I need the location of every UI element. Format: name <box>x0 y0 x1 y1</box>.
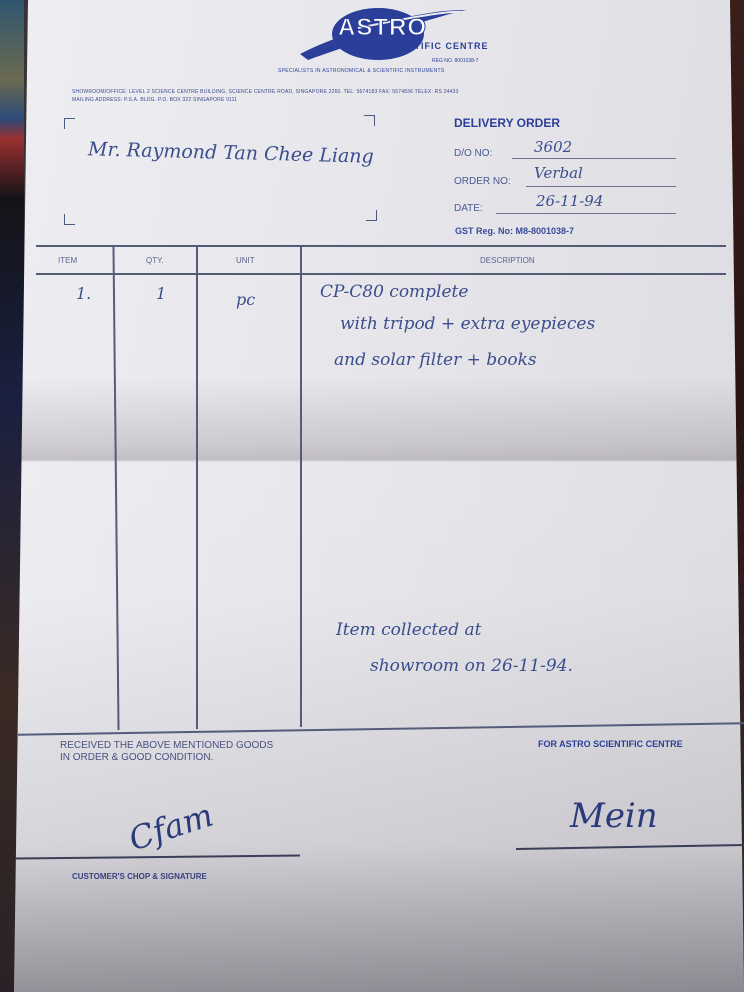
order-no-value: Verbal <box>534 164 583 182</box>
row-1-description-line: and solar filter + books <box>334 350 537 370</box>
company-name: ASTRO <box>338 14 427 42</box>
do-no-underline <box>512 158 676 159</box>
address-box-corner <box>364 115 375 126</box>
date-label: DATE: <box>454 203 483 214</box>
collection-note-line: Item collected at <box>336 620 482 640</box>
row-1-description-line: CP-C80 complete <box>320 282 468 302</box>
column-header-description: DESCRIPTION <box>480 256 535 265</box>
company-subtitle: SCIENTIFIC CENTRE <box>382 41 489 51</box>
table-column-divider <box>300 245 302 727</box>
address-line-1: SHOWROOM/OFFICE: LEVEL 2 SCIENCE CENTRE … <box>72 88 458 96</box>
received-line-1: RECEIVED THE ABOVE MENTIONED GOODS <box>60 740 273 752</box>
date-value: 26-11-94 <box>536 192 603 210</box>
company-reg-no: REG NO. 8001038-7 <box>432 58 478 64</box>
column-header-qty: QTY. <box>146 256 164 265</box>
company-tagline: SPECIALISTS IN ASTRONOMICAL & SCIENTIFIC… <box>278 68 445 74</box>
order-no-underline <box>526 186 676 187</box>
received-line-2: IN ORDER & GOOD CONDITION. <box>60 752 273 764</box>
address-box-corner <box>64 214 75 225</box>
address-box-corner <box>64 118 75 129</box>
company-signature: Mein <box>570 796 658 836</box>
row-1-unit: pc <box>236 290 255 309</box>
customer-signature-label: CUSTOMER'S CHOP & SIGNATURE <box>72 872 207 881</box>
date-underline <box>496 213 676 214</box>
column-header-unit: UNIT <box>236 256 255 265</box>
column-header-item: ITEM <box>58 256 77 265</box>
collection-note-line: showroom on 26-11-94. <box>370 656 573 676</box>
row-1-item: 1. <box>76 284 91 303</box>
address-line-2: MAILING ADDRESS: P.S.A. BLDG. P.O. BOX 3… <box>72 96 458 104</box>
do-no-value: 3602 <box>534 138 572 156</box>
for-company-label: FOR ASTRO SCIENTIFIC CENTRE <box>538 739 683 749</box>
address-box-corner <box>366 210 377 221</box>
order-no-label: ORDER NO: <box>454 176 511 187</box>
row-1-description-line: with tripod + extra eyepieces <box>340 314 595 334</box>
table-header-border <box>36 273 726 275</box>
table-column-divider <box>196 245 198 729</box>
gst-reg-no: GST Reg. No: M8-8001038-7 <box>455 226 574 236</box>
company-address: SHOWROOM/OFFICE: LEVEL 2 SCIENCE CENTRE … <box>72 88 458 104</box>
delivery-order-title: DELIVERY ORDER <box>454 116 560 130</box>
row-1-qty: 1 <box>156 284 166 303</box>
received-statement: RECEIVED THE ABOVE MENTIONED GOODS IN OR… <box>60 740 273 764</box>
table-top-border <box>36 245 726 247</box>
do-no-label: D/O NO: <box>454 148 492 159</box>
